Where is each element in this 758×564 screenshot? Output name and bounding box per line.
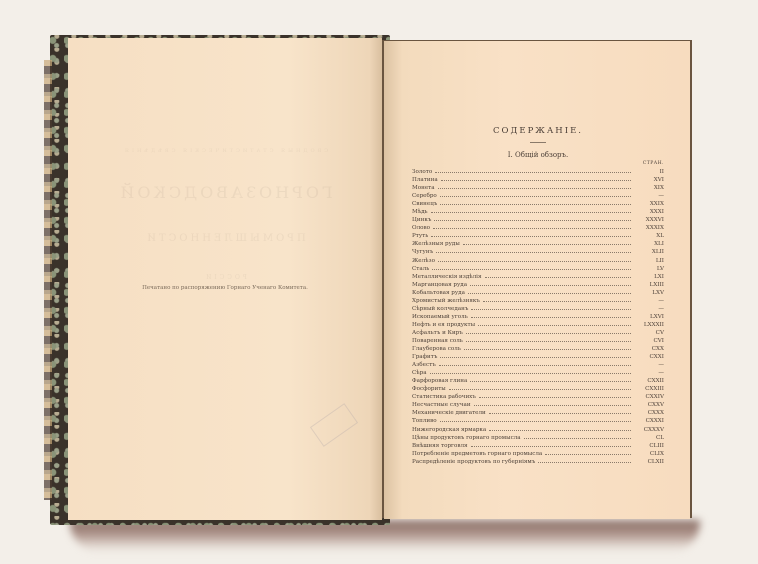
toc-entry: Распредѣленіе продуктовъ по губерніямъCL… <box>412 457 664 465</box>
toc-entry-page: LXXXII <box>634 321 664 329</box>
toc-entry-label: Внѣшняя торговля <box>412 442 468 450</box>
show-through-line: СВОДНЫЯ СТАТИСТИЧЕСКІЯ СВѢДѢНІЯ <box>68 148 382 154</box>
dot-leader <box>483 296 631 302</box>
dot-leader <box>431 231 631 237</box>
toc-entries: ЗолотоIIПлатинаXVIМонетаXIXСеребро—Свине… <box>412 167 664 465</box>
toc-entry-page: LV <box>634 265 664 273</box>
title-rule <box>530 142 546 143</box>
toc-entry-page: XXXIX <box>634 224 664 232</box>
toc-entry-page: CXXI <box>634 353 664 361</box>
dot-leader <box>489 408 631 414</box>
toc-entry-page: CXXV <box>634 401 664 409</box>
toc-entry-label: Ископаемый уголь <box>412 313 468 321</box>
toc-entry: ФосфоритыCXXIII <box>412 384 664 392</box>
toc-entry-page: XXIX <box>634 200 664 208</box>
dot-leader <box>471 441 631 447</box>
toc-entry-page: — <box>634 361 664 369</box>
toc-entry-label: Чугунъ <box>412 248 433 256</box>
toc-entry: ЗолотоII <box>412 167 664 175</box>
toc-entry-page: — <box>634 297 664 305</box>
toc-entry: Сѣра— <box>412 368 664 376</box>
toc-entry: Поваренная сольCVI <box>412 336 664 344</box>
dot-leader <box>449 384 631 390</box>
table-of-contents: СОДЕРЖАНІЕ. I. Общій обзоръ. СТРАН. Золо… <box>412 126 664 465</box>
toc-entry: Асфальтъ и КиръCV <box>412 328 664 336</box>
toc-title: СОДЕРЖАНІЕ. <box>412 126 664 136</box>
toc-entry-label: Поваренная соль <box>412 337 463 345</box>
toc-entry: Металлическія издѣліяLXI <box>412 272 664 280</box>
dot-leader <box>432 264 631 270</box>
toc-entry: Внѣшняя торговляCLIII <box>412 441 664 449</box>
toc-entry: ТопливоCXXXI <box>412 416 664 424</box>
toc-entry-page: XL <box>634 232 664 240</box>
dot-leader <box>440 416 631 422</box>
toc-entry-label: Несчастные случаи <box>412 401 471 409</box>
toc-entry-label: Ртуть <box>412 232 428 240</box>
toc-entry: Серебро— <box>412 191 664 199</box>
toc-entry-page: CXXIV <box>634 393 664 401</box>
toc-entry-label: Сѣрный колчеданъ <box>412 305 468 313</box>
toc-entry-label: Потребленіе предметовъ горнаго промысла <box>412 450 542 458</box>
toc-entry-page: — <box>634 305 664 313</box>
dot-leader <box>471 312 631 318</box>
dot-leader <box>463 239 631 245</box>
toc-entry: СвинецъXXIX <box>412 199 664 207</box>
toc-entry-page: II <box>634 168 664 176</box>
toc-entry-page: CXXIII <box>634 385 664 393</box>
dot-leader <box>440 191 631 197</box>
toc-entry-label: Сталь <box>412 265 429 273</box>
dot-leader <box>468 288 631 294</box>
page-column-header: СТРАН. <box>412 161 664 166</box>
toc-entry-label: Золото <box>412 168 432 176</box>
toc-entry-label: Нижегородская ярмарка <box>412 426 486 434</box>
toc-entry-page: LII <box>634 257 664 265</box>
dot-leader <box>485 272 631 278</box>
toc-entry-label: Распредѣленіе продуктовъ по губерніямъ <box>412 458 535 466</box>
toc-entry-page: CXXII <box>634 377 664 385</box>
dot-leader <box>474 400 631 406</box>
toc-entry: Азбестъ— <box>412 360 664 368</box>
toc-entry: Статистика рабочихъCXXIV <box>412 392 664 400</box>
dot-leader <box>524 433 631 439</box>
toc-entry-label: Фосфориты <box>412 385 446 393</box>
toc-entry-page: CLIX <box>634 450 664 458</box>
toc-entry-page: XIX <box>634 184 664 192</box>
toc-entry: Нижегородская ярмаркаCXXXV <box>412 425 664 433</box>
toc-entry: Нефть и ея продуктыLXXXII <box>412 320 664 328</box>
worn-spine-edge <box>44 60 52 500</box>
toc-entry-label: Монета <box>412 184 435 192</box>
show-through-line: РОССІИ <box>68 274 382 281</box>
show-through-line: ГОРНОЗАВОДСКОЙ <box>68 183 382 202</box>
toc-entry-page: CVI <box>634 337 664 345</box>
dot-leader <box>436 247 631 253</box>
show-through-line: ПРОМЫШЛЕННОСТИ <box>68 233 382 244</box>
dot-leader <box>433 223 631 229</box>
dot-leader <box>466 336 631 342</box>
toc-entry: Марганцовая рудаLXIII <box>412 280 664 288</box>
dot-leader <box>438 256 631 262</box>
toc-entry-page: XLII <box>634 248 664 256</box>
dot-leader <box>479 392 631 398</box>
dot-leader <box>440 352 631 358</box>
toc-entry: СтальLV <box>412 264 664 272</box>
toc-entry-page: — <box>634 192 664 200</box>
dot-leader <box>466 328 631 334</box>
dot-leader <box>431 207 631 213</box>
toc-entry-page: XXXVI <box>634 216 664 224</box>
toc-entry: Желѣзныя рудыXLI <box>412 239 664 247</box>
toc-entry-page: XVI <box>634 176 664 184</box>
toc-section-heading: I. Общій обзоръ. <box>412 151 664 159</box>
toc-entry: МонетаXIX <box>412 183 664 191</box>
toc-entry-page: LXI <box>634 273 664 281</box>
toc-entry: Глауберова сольCXX <box>412 344 664 352</box>
toc-entry-label: Мѣдь <box>412 208 428 216</box>
toc-entry-page: — <box>634 369 664 377</box>
toc-entry: Потребленіе предметовъ горнаго промыслаC… <box>412 449 664 457</box>
dot-leader <box>438 183 631 189</box>
toc-entry-page: CLIII <box>634 442 664 450</box>
toc-entry: МѣдьXXXI <box>412 207 664 215</box>
dot-leader <box>545 449 631 455</box>
dot-leader <box>470 376 631 382</box>
toc-entry-page: CV <box>634 329 664 337</box>
dot-leader <box>464 344 631 350</box>
dot-leader <box>478 320 631 326</box>
dot-leader <box>470 280 631 286</box>
toc-entry-label: Хромистый желѣзнякъ <box>412 297 480 305</box>
dot-leader <box>430 368 631 374</box>
toc-entry-label: Графитъ <box>412 353 437 361</box>
toc-entry-page: CXXXI <box>634 417 664 425</box>
toc-entry-page: XXXI <box>634 208 664 216</box>
dot-leader <box>435 167 631 173</box>
toc-entry: Механическіе двигателиCXXX <box>412 408 664 416</box>
library-stamp <box>310 403 358 447</box>
toc-entry: ЖелѣзоLII <box>412 256 664 264</box>
dot-leader <box>538 457 631 463</box>
toc-entry-page: CXX <box>634 345 664 353</box>
dot-leader <box>440 199 631 205</box>
toc-entry: Фарфоровая глинаCXXII <box>412 376 664 384</box>
dot-leader <box>439 360 631 366</box>
toc-entry-page: LXVI <box>634 313 664 321</box>
toc-entry-label: Платина <box>412 176 438 184</box>
toc-entry: Несчастные случаиCXXV <box>412 400 664 408</box>
toc-entry-label: Олово <box>412 224 430 232</box>
dot-leader <box>441 175 631 181</box>
toc-entry-label: Статистика рабочихъ <box>412 393 476 401</box>
toc-entry-label: Цинкъ <box>412 216 431 224</box>
toc-entry-page: CL <box>634 434 664 442</box>
toc-entry: ГрафитъCXXI <box>412 352 664 360</box>
toc-entry: ЦинкъXXXVI <box>412 215 664 223</box>
left-page: СВОДНЫЯ СТАТИСТИЧЕСКІЯ СВѢДѢНІЯ ГОРНОЗАВ… <box>68 38 382 520</box>
toc-entry-label: Топливо <box>412 417 437 425</box>
toc-entry-page: CLXII <box>634 458 664 466</box>
toc-entry: Ископаемый угольLXVI <box>412 312 664 320</box>
toc-entry-page: CXXX <box>634 409 664 417</box>
dot-leader <box>489 425 631 431</box>
dot-leader <box>471 304 631 310</box>
toc-entry: ЧугунъXLII <box>412 247 664 255</box>
toc-entry-label: Марганцовая руда <box>412 281 467 289</box>
toc-entry-label: Асфальтъ и Киръ <box>412 329 463 337</box>
toc-entry-page: CXXXV <box>634 426 664 434</box>
toc-entry-page: XLI <box>634 240 664 248</box>
dot-leader <box>434 215 631 221</box>
toc-entry-label: Серебро <box>412 192 437 200</box>
toc-entry: Цѣны продуктовъ горнаго промыслаCL <box>412 433 664 441</box>
toc-entry-label: Сѣра <box>412 369 427 377</box>
toc-entry: РтутьXL <box>412 231 664 239</box>
toc-entry: Хромистый желѣзнякъ— <box>412 296 664 304</box>
toc-entry: ОловоXXXIX <box>412 223 664 231</box>
imprint-text: Печатано по распоряжению Горнаго Ученаго… <box>68 285 382 291</box>
toc-entry-page: LXV <box>634 289 664 297</box>
toc-entry-page: LXIII <box>634 281 664 289</box>
toc-entry: Сѣрный колчеданъ— <box>412 304 664 312</box>
toc-entry: Кобальтовая рудаLXV <box>412 288 664 296</box>
toc-entry: ПлатинаXVI <box>412 175 664 183</box>
toc-entry-label: Кобальтовая руда <box>412 289 465 297</box>
